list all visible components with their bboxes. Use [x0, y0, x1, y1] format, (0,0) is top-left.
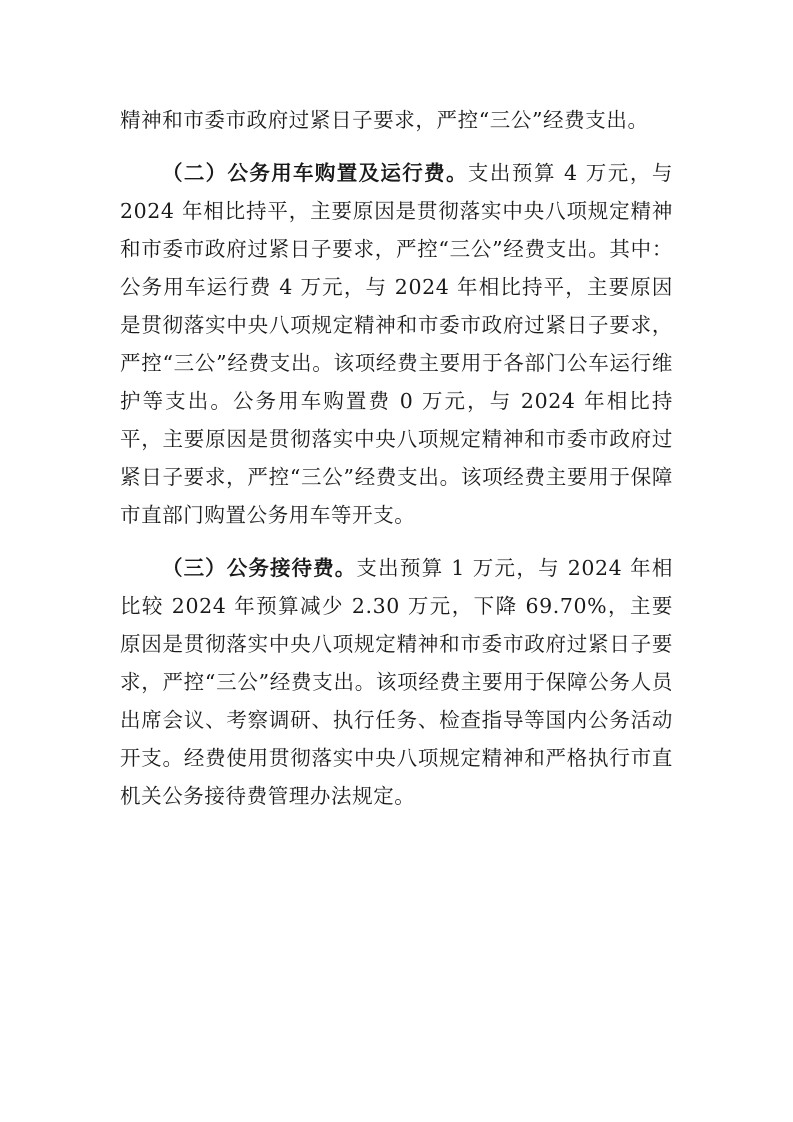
paragraph-vehicle-expenses: （二）公务用车购置及运行费。支出预算 4 万元，与 2024 年相比持平，主要原… [120, 154, 673, 534]
paragraph-text: 精神和市委市政府过紧日子要求，严控“三公”经费支出。 [120, 108, 649, 132]
paragraph-reception-expenses: （三）公务接待费。支出预算 1 万元，与 2024 年相比较 2024 年预算减… [120, 549, 673, 815]
paragraph-continuation: 精神和市委市政府过紧日子要求，严控“三公”经费支出。 [120, 101, 673, 139]
section-heading-vehicle: （二）公务用车购置及运行费。 [162, 161, 468, 185]
document-page: 精神和市委市政府过紧日子要求，严控“三公”经费支出。 （二）公务用车购置及运行费… [120, 101, 673, 815]
paragraph-text: 支出预算 4 万元，与 2024 年相比持平，主要原因是贯彻落实中央八项规定精神… [120, 161, 673, 527]
paragraph-text: 支出预算 1 万元，与 2024 年相比较 2024 年预算减少 2.30 万元… [120, 556, 673, 808]
section-heading-reception: （三）公务接待费。 [162, 556, 356, 580]
